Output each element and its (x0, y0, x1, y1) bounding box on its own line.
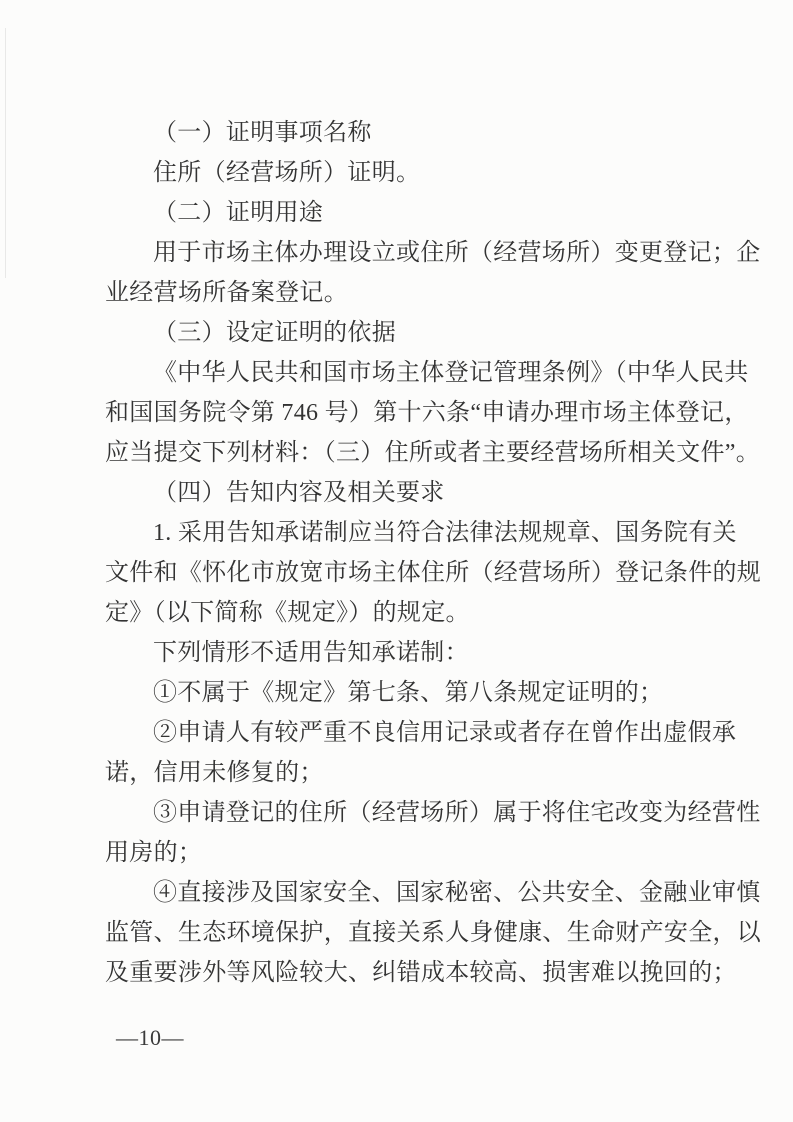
text-line: （一）证明事项名称 (105, 113, 765, 153)
text-line: 和国国务院令第 746 号）第十六条“申请办理市场主体登记， (105, 393, 765, 433)
text-line: 监管、生态环境保护，直接关系人身健康、生命财产安全，以 (105, 913, 765, 953)
text-line: 1. 采用告知承诺制应当符合法律法规规章、国务院有关 (105, 513, 765, 553)
text-line: 业经营场所备案登记。 (105, 273, 765, 313)
text-line: ②申请人有较严重不良信用记录或者存在曾作出虚假承 (105, 713, 765, 753)
text-line: ④直接涉及国家安全、国家秘密、公共安全、金融业审慎 (105, 873, 765, 913)
text-line: 文件和《怀化市放宽市场主体住所（经营场所）登记条件的规 (105, 553, 765, 593)
text-line: （四）告知内容及相关要求 (105, 473, 765, 513)
text-line: （三）设定证明的依据 (105, 313, 765, 353)
text-line: 及重要涉外等风险较大、纠错成本较高、损害难以挽回的； (105, 953, 765, 993)
text-line: 《中华人民共和国市场主体登记管理条例》（中华人民共 (105, 353, 765, 393)
text-line: 诺，信用未修复的； (105, 753, 765, 793)
text-line: 定》（以下简称《规定》）的规定。 (105, 593, 765, 633)
text-line: 用于市场主体办理设立或住所（经营场所）变更登记；企 (105, 233, 765, 273)
text-line: ①不属于《规定》第七条、第八条规定证明的； (105, 673, 765, 713)
text-line: 用房的； (105, 833, 765, 873)
scan-edge-artifact (5, 28, 6, 278)
text-line: 下列情形不适用告知承诺制： (105, 633, 765, 673)
text-line: 住所（经营场所）证明。 (105, 153, 765, 193)
text-line: 应当提交下列材料：（三）住所或者主要经营场所相关文件”。 (105, 433, 765, 473)
page-number: —10— (116, 1026, 184, 1050)
scanned-document-page: （一）证明事项名称 住所（经营场所）证明。 （二）证明用途 用于市场主体办理设立… (0, 0, 793, 1122)
document-body: （一）证明事项名称 住所（经营场所）证明。 （二）证明用途 用于市场主体办理设立… (105, 113, 765, 993)
text-line: ③申请登记的住所（经营场所）属于将住宅改变为经营性 (105, 793, 765, 833)
text-line: （二）证明用途 (105, 193, 765, 233)
